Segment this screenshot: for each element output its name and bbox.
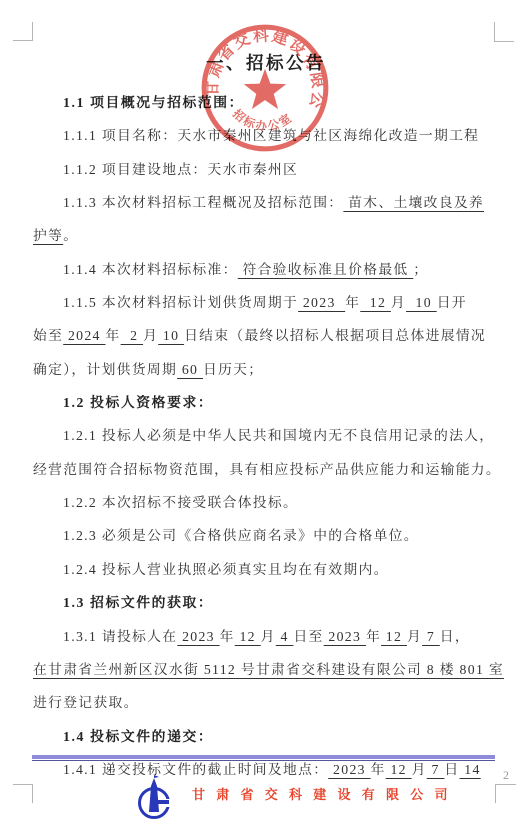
text-segment: 1.4.1 递交投标文件的截止时间及地点： xyxy=(63,762,328,777)
text-segment: 1.1.4 本次材料招标标准： xyxy=(63,262,238,277)
underlined-fill-in-text: 苗木、土壤改良及养 xyxy=(343,195,484,210)
underlined-fill-in-text: 7 xyxy=(427,762,445,777)
underlined-fill-in-text: 护等 xyxy=(33,228,63,243)
document-text-line: 确定），计划供货周期 60 日历天； xyxy=(33,353,501,386)
text-segment: 年 xyxy=(106,328,121,343)
text-segment: 确定），计划供货周期 xyxy=(33,362,177,377)
text-segment: 进行登记获取。 xyxy=(33,695,139,710)
crop-mark-bottom-right xyxy=(495,784,516,803)
document-page: 一、招标公告 1.1 项目概况与招标范围：1.1.1 项目名称：天水市秦州区建筑… xyxy=(0,0,532,833)
text-segment: 日， xyxy=(440,629,470,644)
text-segment: 月 xyxy=(412,762,427,777)
text-segment: 日历天； xyxy=(203,362,263,377)
underlined-fill-in-text: 12 xyxy=(386,762,412,777)
text-segment: 1.4 投标文件的递交： xyxy=(63,729,213,744)
underlined-fill-in-text: 12 xyxy=(360,295,391,310)
document-text-line: 进行登记获取。 xyxy=(33,686,501,719)
underlined-fill-in-text: 14 xyxy=(460,762,481,777)
document-text-line: 1.1.2 项目建设地点：天水市秦州区 xyxy=(33,153,501,186)
underlined-fill-in-text: 10 xyxy=(406,295,437,310)
crop-mark-top-left xyxy=(13,22,33,41)
document-text-line: 始至 2024 年 2 月 10 日结束（最终以招标人根据项目总体进展情况 xyxy=(33,319,501,352)
document-text-line: 1.1.4 本次材料招标标准： 符合验收标准且价格最低 ； xyxy=(33,253,501,286)
underlined-fill-in-text: 2 xyxy=(121,328,143,343)
underlined-fill-in-text: 2023 xyxy=(328,762,370,777)
text-segment: 1.1.5 本次材料招标计划供货周期于 xyxy=(63,295,298,310)
text-segment: 1.2.4 投标人营业执照必须真实且均在有效期内。 xyxy=(63,562,389,577)
document-text-line: 1.1.1 项目名称：天水市秦州区建筑与社区海绵化改造一期工程 xyxy=(33,119,501,152)
page-number: 2 xyxy=(503,768,509,783)
company-logo-icon xyxy=(135,774,173,822)
document-text-line: 1.1.5 本次材料招标计划供货周期于 2023 年 12 月 10 日开 xyxy=(33,286,501,319)
underlined-fill-in-text: 60 xyxy=(177,362,203,377)
section-heading-line: 1.1 项目概况与招标范围： xyxy=(33,86,501,119)
text-segment: 月 xyxy=(143,328,158,343)
text-segment: ； xyxy=(413,262,428,277)
text-segment: 月 xyxy=(261,629,276,644)
text-segment: 。 xyxy=(63,228,78,243)
document-text-line: 1.2.1 投标人必须是中华人民共和国境内无不良信用记录的法人， xyxy=(33,419,501,452)
text-segment: 年 xyxy=(220,629,235,644)
underlined-fill-in-text: 2023 xyxy=(324,629,366,644)
underlined-fill-in-text: 7 xyxy=(422,629,440,644)
underlined-fill-in-text: 在甘肃省兰州新区汉水街 5112 号甘肃省交科建设有限公司 8 楼 801 室 xyxy=(33,662,504,677)
text-segment: 月 xyxy=(407,629,422,644)
underlined-fill-in-text: 2024 xyxy=(63,328,105,343)
crop-mark-top-right xyxy=(494,22,514,42)
underlined-fill-in-text: 12 xyxy=(235,629,261,644)
crop-mark-bottom-left xyxy=(13,784,33,803)
text-segment: 1.2 投标人资格要求： xyxy=(63,395,213,410)
document-text-line: 经营范围符合招标物资范围，具有相应投标产品供应能力和运输能力。 xyxy=(33,453,501,486)
footer-divider xyxy=(32,755,495,761)
underlined-fill-in-text: 10 xyxy=(158,328,184,343)
footer-company-name: 甘 肃 省 交 科 建 设 有 限 公 司 xyxy=(192,784,452,803)
text-segment: 年 xyxy=(371,762,386,777)
text-segment: 1.3 招标文件的获取： xyxy=(63,595,213,610)
text-segment: 日结束（最终以招标人根据项目总体进展情况 xyxy=(184,328,486,343)
underlined-fill-in-text: 2023 xyxy=(177,629,219,644)
text-segment: 日开 xyxy=(437,295,467,310)
underlined-fill-in-text: 符合验收标准且价格最低 xyxy=(238,262,414,277)
section-heading-line: 1.2 投标人资格要求： xyxy=(33,386,501,419)
text-segment: 日 xyxy=(444,762,459,777)
text-segment: 1.2.2 本次招标不接受联合体投标。 xyxy=(63,495,298,510)
page-title: 一、招标公告 xyxy=(0,50,532,75)
text-segment: 1.2.3 必须是公司《合格供应商名录》中的合格单位。 xyxy=(63,528,419,543)
text-segment: 1.1.1 项目名称：天水市秦州区建筑与社区海绵化改造一期工程 xyxy=(63,128,479,143)
document-text-line: 1.2.3 必须是公司《合格供应商名录》中的合格单位。 xyxy=(33,519,501,552)
document-text-line: 1.2.2 本次招标不接受联合体投标。 xyxy=(33,486,501,519)
document-body: 1.1 项目概况与招标范围：1.1.1 项目名称：天水市秦州区建筑与社区海绵化改… xyxy=(33,86,501,786)
text-segment: 日至 xyxy=(293,629,323,644)
text-segment: 经营范围符合招标物资范围，具有相应投标产品供应能力和运输能力。 xyxy=(33,462,501,477)
document-text-line: 1.3.1 请投标人在 2023 年 12 月 4 日至 2023 年 12 月… xyxy=(33,620,501,653)
underlined-fill-in-text: 4 xyxy=(276,629,294,644)
text-segment: 1.1.3 本次材料招标工程概况及招标范围： xyxy=(63,195,343,210)
section-heading-line: 1.4 投标文件的递交： xyxy=(33,720,501,753)
text-segment: 年 xyxy=(366,629,381,644)
document-text-line: 1.1.3 本次材料招标工程概况及招标范围： 苗木、土壤改良及养 xyxy=(33,186,501,219)
text-segment: 月 xyxy=(391,295,406,310)
text-segment: 1.2.1 投标人必须是中华人民共和国境内无不良信用记录的法人， xyxy=(63,428,494,443)
text-segment: 年 xyxy=(345,295,360,310)
document-text-line: 在甘肃省兰州新区汉水街 5112 号甘肃省交科建设有限公司 8 楼 801 室 xyxy=(33,653,501,686)
document-text-line: 1.2.4 投标人营业执照必须真实且均在有效期内。 xyxy=(33,553,501,586)
underlined-fill-in-text: 12 xyxy=(381,629,407,644)
document-text-line: 护等。 xyxy=(33,219,501,252)
text-segment: 1.1.2 项目建设地点：天水市秦州区 xyxy=(63,162,298,177)
text-segment: 1.3.1 请投标人在 xyxy=(63,629,177,644)
text-segment: 1.1 项目概况与招标范围： xyxy=(63,95,244,110)
section-heading-line: 1.3 招标文件的获取： xyxy=(33,586,501,619)
text-segment: 始至 xyxy=(33,328,63,343)
underlined-fill-in-text: 2023 xyxy=(298,295,345,310)
